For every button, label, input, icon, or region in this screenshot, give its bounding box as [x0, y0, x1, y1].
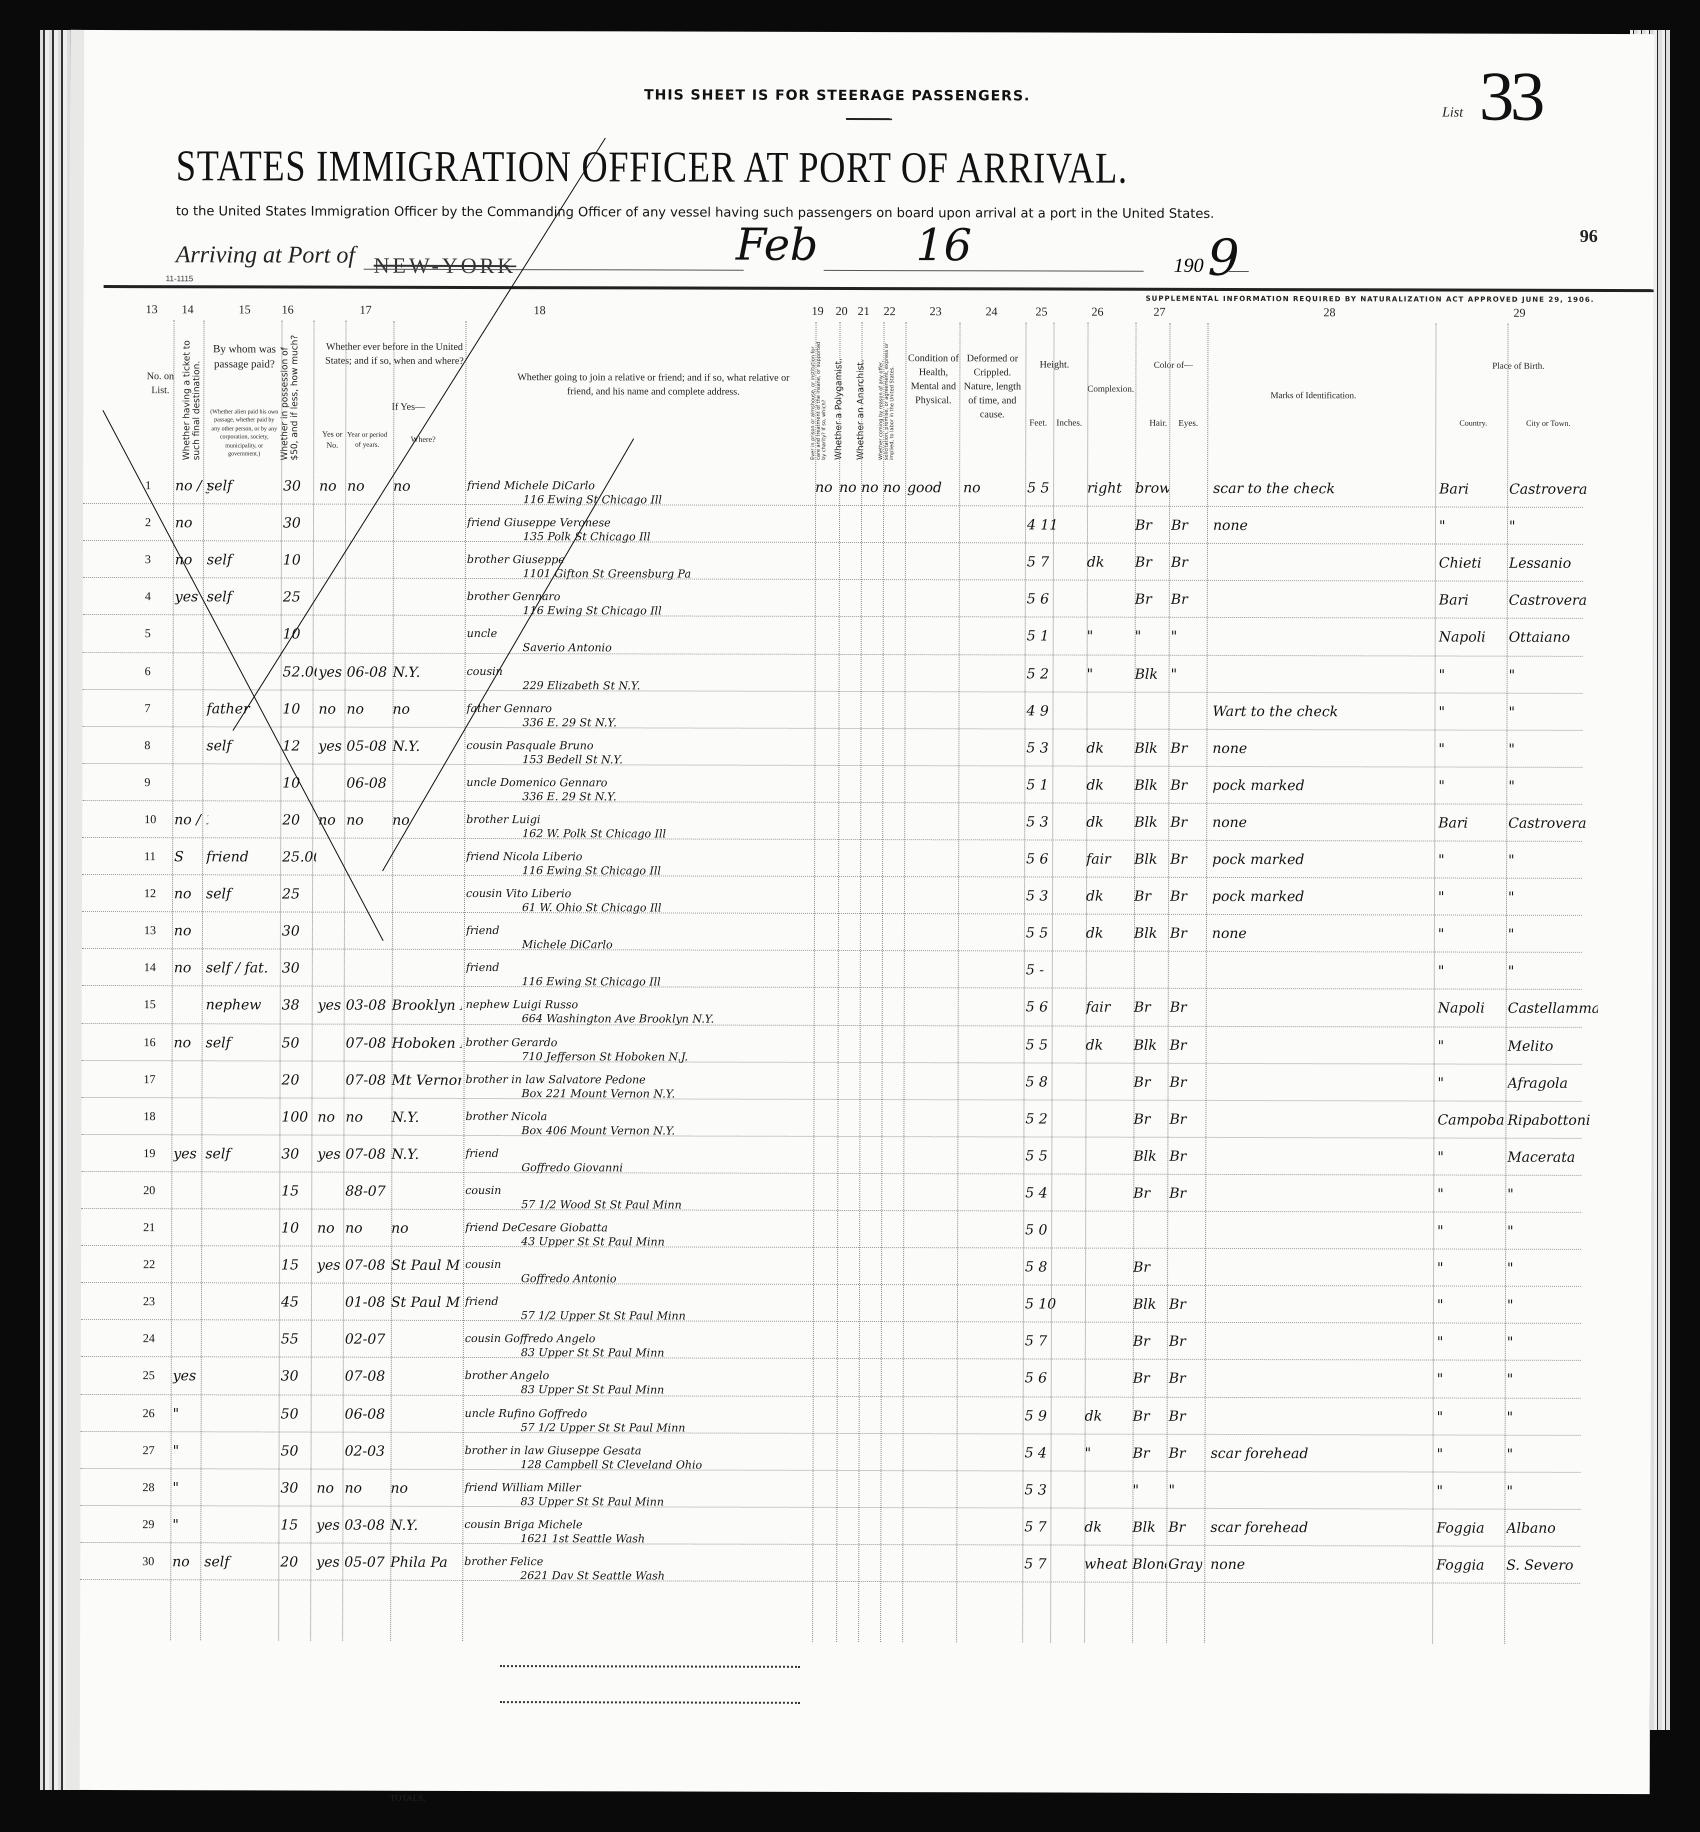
header-year: Year or period of years. [345, 431, 389, 451]
cell-eyes: Br [1169, 1149, 1203, 1165]
cell-money: 50 [282, 1035, 316, 1051]
cell-year: 07-08 [346, 1072, 390, 1088]
cell-country: Napoli [1439, 630, 1505, 646]
cell-address: Michele DiCarlo [522, 938, 812, 952]
header-place-of-birth: Place of Birth. [1443, 360, 1593, 373]
cell-country: Bari [1438, 815, 1504, 831]
cell-address: Saverio Antonio [523, 642, 813, 656]
cell-address: Goffredo Giovanni [521, 1161, 811, 1175]
cell-marks: pock marked [1212, 852, 1432, 869]
list-number: 33 [1479, 58, 1541, 138]
cell-year: 07-08 [345, 1146, 389, 1162]
header-if-yes: If Yes— [353, 401, 463, 415]
cell-money: 10 [283, 701, 317, 717]
cell-eyes: Br [1170, 1000, 1204, 1016]
cell-address: 57 1/2 Upper St St Paul Minn [521, 1421, 811, 1435]
cell-address: 116 Ewing St Chicago Ill [522, 975, 812, 989]
cell-hair: Blk [1134, 740, 1168, 756]
cell-height: 5 4 [1025, 1185, 1081, 1201]
cell-marks: none [1212, 926, 1432, 943]
cell-ticket: no [175, 552, 209, 568]
cell-address: 162 W. Polk St Chicago Ill [522, 827, 812, 841]
cell-height: 5 2 [1025, 1111, 1081, 1127]
cell-no: 29 [142, 1517, 168, 1532]
cell-no: 12 [144, 886, 170, 901]
cell-eyes: Br [1168, 1520, 1202, 1536]
cell-money: 30 [282, 961, 316, 977]
cell-hair: " [1132, 1482, 1166, 1498]
cell-money: 55 [281, 1332, 315, 1348]
passenger-row: 91006-08uncle Domenico Gennaro5 1dkBlkBr… [82, 765, 1582, 806]
cell-height: 5 5 [1026, 926, 1082, 942]
header-money: Whether in possession of $50, and if les… [281, 330, 301, 460]
passenger-row: 245502-07cousin Goffredo Angelo5 7BrBr""… [81, 1321, 1581, 1362]
cell-no: 28 [142, 1480, 168, 1495]
cell-country: " [1437, 1149, 1503, 1165]
cell-complexion: dk [1086, 740, 1132, 756]
cell-city: Melito [1508, 1038, 1598, 1054]
cell-money: 30 [283, 516, 317, 532]
cell-marks [1211, 1260, 1431, 1261]
cell-complexion: right [1087, 481, 1133, 497]
cell-relative: friend Michele DiCarlo [467, 479, 807, 493]
cell-year: no [345, 1109, 389, 1125]
cell-no: 2 [145, 515, 171, 530]
cell-eyes: Br [1171, 592, 1205, 608]
cell-money: 50 [281, 1406, 315, 1422]
cell-no: 13 [144, 923, 170, 938]
cell-marks [1212, 963, 1432, 964]
cell-paid-by: self [206, 738, 276, 754]
cell-ticket: no [172, 1554, 206, 1570]
header-marks: Marks of Identification. [1243, 389, 1383, 402]
cell-year: no [347, 701, 391, 717]
cell-no: 8 [144, 738, 170, 753]
cell-where: Hoboken N.J. [392, 1035, 462, 1051]
cell-hair: Br [1133, 1260, 1167, 1276]
list-label: List [1442, 106, 1463, 122]
cell-relative: brother Giuseppe [467, 553, 807, 567]
cell-before: no [319, 479, 347, 495]
cell-relative: friend DeCesare Giobatta [465, 1221, 805, 1235]
cell-complexion: wheat [1084, 1556, 1130, 1572]
cell-height: 5 6 [1026, 851, 1082, 867]
footer-dotted-line-2 [500, 1701, 800, 1704]
cell-height: 5 1 [1027, 629, 1083, 645]
cell-address: 57 1/2 Upper St St Paul Minn [521, 1309, 811, 1323]
cell-where: N.Y. [391, 1109, 461, 1125]
cell-city: " [1506, 1483, 1596, 1499]
cell-no: 22 [143, 1257, 169, 1272]
cell-year: 02-03 [345, 1443, 389, 1459]
day-line [824, 270, 1144, 272]
cell-no: 15 [144, 998, 170, 1013]
cell-relative: friend [466, 961, 806, 975]
cell-year: 02-07 [345, 1332, 389, 1348]
column-number: 23 [930, 304, 942, 319]
cell-address: 710 Jefferson St Hoboken N.J. [522, 1050, 812, 1064]
cell-address: 1101 Gifton St Greensburg Pa [523, 567, 813, 581]
header-ticket: Whether having a ticket to such final de… [183, 330, 203, 460]
cell-country: Chieti [1439, 556, 1505, 572]
cell-marks [1212, 1075, 1432, 1076]
passenger-row: 2no30friend Giuseppe Veronese4 11BrBrnon… [83, 505, 1583, 546]
cell-ticket: no [174, 923, 208, 939]
cell-ticket: no [174, 1035, 208, 1051]
cell-relative: uncle [467, 627, 807, 641]
cell-year: 03-08 [346, 998, 390, 1014]
cell-city: Afragola [1508, 1075, 1598, 1091]
header-city: City or Town. [1513, 418, 1583, 429]
cell-hair: Br [1133, 1445, 1167, 1461]
cell-no: 16 [144, 1035, 170, 1050]
cell-money: 20 [282, 1072, 316, 1088]
column-number: 14 [182, 302, 194, 317]
passenger-row: 7father10nononofather Gennaro4 9Wart to … [82, 691, 1582, 732]
cell-marks [1211, 1483, 1431, 1484]
cell-hair: brown [1135, 481, 1169, 497]
cell-paid-by: self [207, 552, 277, 568]
cell-city: " [1507, 1224, 1597, 1240]
cell-relative: cousin Pasquale Bruno [466, 739, 806, 753]
cell-height: 5 2 [1027, 666, 1083, 682]
column-number: 29 [1514, 306, 1526, 321]
header-color-of: Color of— [1133, 359, 1213, 372]
passenger-row: 14noself / fat.30friend5 -""116 Ewing St… [82, 950, 1582, 991]
cell-relative: brother Felice [464, 1555, 804, 1569]
cell-relative: friend [466, 924, 806, 938]
cell-address: 1621 1st Seattle Wash [520, 1532, 810, 1546]
cell-no: 14 [144, 960, 170, 975]
header-yes-no: Yes or No. [319, 429, 345, 451]
cell-hair: Blk [1134, 852, 1168, 868]
cell-country: " [1437, 1446, 1503, 1462]
cell-before: yes [318, 998, 346, 1014]
cell-where: no [393, 479, 463, 495]
passenger-row: 28"30nononofriend William Miller5 3""""8… [80, 1470, 1580, 1511]
cell-city: " [1508, 853, 1598, 869]
cell-marks [1213, 629, 1433, 630]
notice-rule [846, 118, 892, 120]
cell-year: 06-08 [346, 775, 390, 791]
cell-where: no [391, 1221, 461, 1237]
cell-country: " [1438, 1075, 1504, 1091]
cell-where: N.Y. [391, 1147, 461, 1163]
cell-relative: cousin [465, 1184, 805, 1198]
cell-city: " [1507, 1187, 1597, 1203]
cell-height: 5 0 [1025, 1222, 1081, 1238]
cell-where: no [392, 813, 462, 829]
cell-year: 06-08 [347, 664, 391, 680]
cell-money: 25 [283, 590, 317, 606]
cell-money: 30 [283, 478, 317, 494]
cell-money: 15 [280, 1517, 314, 1533]
cell-year: 07-08 [346, 1035, 390, 1051]
cell-complexion: dk [1086, 777, 1132, 793]
cell-address: Box 406 Mount Vernon N.Y. [521, 1124, 811, 1138]
cell-no: 4 [145, 589, 171, 604]
cell-height: 4 9 [1027, 703, 1083, 719]
page-number: 96 [1580, 226, 1598, 247]
cell-year: 06-08 [345, 1406, 389, 1422]
cell-no: 30 [142, 1554, 168, 1569]
cell-year: 05-07 [344, 1555, 388, 1571]
cell-relative: nephew Luigi Russo [466, 998, 806, 1012]
cell-city: Albano [1506, 1520, 1596, 1536]
cell-city: Ottaiano [1509, 630, 1599, 646]
cell-eyes: Br [1170, 852, 1204, 868]
cell-country: " [1438, 853, 1504, 869]
cell-where: N.Y. [390, 1518, 460, 1534]
cell-year: 88-07 [345, 1184, 389, 1200]
cell-ticket: yes [175, 590, 209, 606]
header-deformed: Deformed or Crippled. Nature, length of … [959, 352, 1025, 422]
cell-eyes: Br [1170, 815, 1204, 831]
header-complexion: Complexion. [1087, 383, 1127, 396]
cell-complexion: " [1087, 629, 1133, 645]
cell-height: 5 3 [1026, 814, 1082, 830]
cell-address: 2621 Dav St Seattle Wash [520, 1569, 810, 1583]
cell-where: N.Y. [393, 664, 463, 680]
cell-marks [1211, 1408, 1431, 1409]
cell-height: 5 9 [1025, 1408, 1081, 1424]
cell-country: " [1437, 1186, 1503, 1202]
footer-dotted-line-1 [500, 1665, 800, 1668]
cell-hair: Blk [1132, 1520, 1166, 1536]
cell-city: " [1508, 890, 1598, 906]
cell-city: " [1507, 1335, 1597, 1351]
cell-money: 30 [281, 1369, 315, 1385]
cell-city: " [1507, 1261, 1597, 1277]
cell-country: " [1438, 778, 1504, 794]
cell-ticket: yes [173, 1369, 207, 1385]
cell-prison: no [815, 480, 837, 496]
cell-city: " [1507, 1446, 1597, 1462]
cell-hair: Blk [1134, 778, 1168, 794]
cell-eyes: Br [1170, 778, 1204, 794]
cell-city: " [1508, 778, 1598, 794]
cell-eyes: Br [1169, 1371, 1203, 1387]
cell-address: 83 Upper St St Paul Minn [521, 1384, 811, 1398]
cell-ticket: no [174, 886, 208, 902]
cell-marks [1211, 1297, 1431, 1298]
passenger-row: 10no / 15020nononobrother Luigi5 3dkBlkB… [82, 802, 1582, 843]
cell-city: Castrovera [1509, 482, 1599, 498]
passenger-row: 27"5002-03brother in law Giuseppe Gesata… [81, 1433, 1581, 1474]
manifest-grid [84, 30, 1654, 34]
cell-city: " [1509, 667, 1599, 683]
cell-eyes: Br [1169, 1334, 1203, 1350]
passenger-row: 1no / yesself30nononofriend Michele DiCa… [83, 468, 1583, 509]
cell-eyes: Br [1170, 740, 1204, 756]
passenger-row: 25yes3007-08brother Angelo5 6BrBr""83 Up… [81, 1358, 1581, 1399]
cell-height: 4 11 [1027, 518, 1083, 534]
cell-relative: friend William Miller [464, 1481, 804, 1495]
cell-no: 6 [145, 664, 171, 679]
supplemental-banner: SUPPLEMENTAL INFORMATION REQUIRED BY NAT… [1146, 295, 1595, 304]
cell-hair: Blk [1133, 1297, 1167, 1313]
totals-label: TOTALS. [390, 1793, 426, 1803]
cell-height: 5 7 [1024, 1519, 1080, 1535]
cell-city: Castellammare [1508, 1001, 1598, 1017]
cell-marks [1212, 1037, 1432, 1038]
cell-country: " [1436, 1483, 1502, 1499]
cell-city: S. Severo [1506, 1558, 1596, 1574]
passenger-row: 19yesself30yes07-08N.Y.friend5 5BlkBr"Ma… [81, 1136, 1581, 1177]
cell-marks [1213, 555, 1433, 556]
cell-country: Bari [1439, 593, 1505, 609]
cell-relative: uncle Domenico Gennaro [466, 776, 806, 790]
cell-marks: scar forehead [1211, 1446, 1431, 1463]
cell-relative: uncle Rufino Goffredo [465, 1406, 805, 1420]
passenger-row: 11Sfriend25.00friend Nicola Liberio5 6fa… [82, 839, 1582, 880]
cell-hair: Br [1134, 889, 1168, 905]
cell-year: 07-08 [345, 1369, 389, 1385]
cell-marks: none [1212, 815, 1432, 832]
cell-money: 20 [282, 812, 316, 828]
cell-ticket: " [173, 1443, 207, 1459]
column-number: 22 [884, 304, 896, 319]
cell-before: yes [318, 738, 346, 754]
cell-paid-by: friend [206, 849, 276, 865]
cell-relative: friend [465, 1147, 805, 1161]
header-inches: Inches. [1051, 416, 1087, 429]
cell-country: Foggia [1436, 1557, 1502, 1573]
cell-address: 57 1/2 Wood St St Paul Minn [521, 1198, 811, 1212]
cell-before: yes [319, 664, 347, 680]
cell-no: 21 [143, 1220, 169, 1235]
cell-height: 5 4 [1025, 1445, 1081, 1461]
header-rule [104, 285, 1654, 292]
cell-before: no [318, 812, 346, 828]
cell-ticket: " [172, 1480, 206, 1496]
cell-paid-by: self [204, 1554, 274, 1570]
cell-city: " [1509, 704, 1599, 720]
cell-money: 100 [281, 1109, 315, 1125]
cell-city: " [1508, 741, 1598, 757]
cell-ticket: no [175, 515, 209, 531]
cell-relative: brother Gennaro [467, 590, 807, 604]
passenger-row: 12noself25cousin Vito Liberio5 3dkBrBrpo… [82, 876, 1582, 917]
cell-money: 10 [282, 775, 316, 791]
cell-address: 336 E. 29 St N.Y. [522, 790, 812, 804]
cell-height: 5 8 [1025, 1260, 1081, 1276]
header-contract-labor: Whether coming by reason of any offer, s… [879, 340, 896, 460]
cell-city: Lessanio [1509, 556, 1599, 572]
cell-year: 03-08 [344, 1517, 388, 1533]
cell-year: 07-08 [345, 1258, 389, 1274]
cell-country: " [1439, 704, 1505, 720]
cell-no: 5 [145, 627, 171, 642]
cell-complexion: dk [1086, 889, 1132, 905]
cell-no: 26 [143, 1406, 169, 1421]
column-numbers: 1314151617181920212223242526272829 [84, 30, 1654, 34]
cell-eyes: Br [1170, 926, 1204, 942]
cell-city: " [1508, 927, 1598, 943]
cell-money: 45 [281, 1295, 315, 1311]
cell-height: 5 - [1026, 963, 1082, 979]
cell-city: Castrovera [1508, 816, 1598, 832]
cell-relative: friend [465, 1295, 805, 1309]
cell-no: 20 [143, 1183, 169, 1198]
cell-height: 5 5 [1026, 1037, 1082, 1053]
cell-marks [1212, 1000, 1432, 1001]
cell-money: 25 [282, 887, 316, 903]
cell-no: 11 [144, 849, 170, 864]
cell-relative: brother Gerardo [466, 1035, 806, 1049]
cell-where: no [390, 1480, 460, 1496]
cell-before: no [317, 1221, 345, 1237]
cell-hair: " [1135, 629, 1169, 645]
cell-relative: cousin Goffredo Angelo [465, 1332, 805, 1346]
cell-money: 52.00 [283, 664, 317, 680]
cell-marks: scar forehead [1210, 1520, 1430, 1537]
cell-address: Box 221 Mount Vernon N.Y. [522, 1087, 812, 1101]
cell-address: 43 Upper St St Paul Minn [521, 1235, 811, 1249]
arrival-day: 16 [916, 220, 972, 271]
cell-no: 10 [144, 812, 170, 827]
cell-country: " [1437, 1409, 1503, 1425]
cell-money: 20 [280, 1554, 314, 1570]
cell-relative: cousin Briga Michele [464, 1518, 804, 1532]
cell-address: 116 Ewing St Chicago Ill [523, 604, 813, 618]
form-code: 11-1115 [166, 274, 194, 283]
cell-height: 5 5 [1027, 480, 1083, 496]
cell-before: yes [317, 1146, 345, 1162]
cell-eyes: Gray [1168, 1557, 1202, 1573]
cell-city: " [1509, 519, 1599, 535]
cell-address: Goffredo Antonio [521, 1272, 811, 1286]
cell-paid-by: father [207, 701, 277, 717]
arrival-year-suffix: 9 [1208, 229, 1240, 287]
cell-hair: Blk [1134, 815, 1168, 831]
passenger-row: 30noself20yes05-07Phila Pabrother Felice… [80, 1544, 1580, 1585]
column-number: 13 [146, 302, 158, 317]
arrival-month: Feb [736, 220, 818, 271]
header-eyes: Eyes. [1173, 417, 1203, 430]
cell-no: 3 [145, 552, 171, 567]
cell-marks: none [1210, 1557, 1430, 1574]
cell-relative: brother Luigi [466, 813, 806, 827]
cell-eyes: " [1168, 1482, 1202, 1498]
cell-address: 229 Elizabeth St N.Y. [523, 679, 813, 693]
cell-complexion: fair [1086, 1000, 1132, 1016]
cell-deformed: no [963, 480, 1023, 496]
cell-where: St Paul Minn [391, 1295, 461, 1311]
cell-relative: friend Giuseppe Veronese [467, 516, 807, 530]
passenger-row: 13no30friend5 5dkBlkBrnone""Michele DiCa… [82, 913, 1582, 954]
cell-money: 12 [282, 738, 316, 754]
cell-height: 5 6 [1026, 1000, 1082, 1016]
cell-complexion: dk [1085, 1408, 1131, 1424]
cell-hair: Br [1135, 555, 1169, 571]
cell-marks: Wart to the check [1213, 704, 1433, 721]
cell-relative: brother Nicola [465, 1110, 805, 1124]
cell-no: 7 [145, 701, 171, 716]
header-health: Condition of Health, Mental and Physical… [905, 352, 961, 408]
cell-country: Campobasso [1437, 1112, 1503, 1128]
cell-paid-by: self [207, 478, 277, 494]
header-where: Where? [393, 434, 453, 445]
cell-ticket: no [174, 961, 208, 977]
cell-money: 50 [281, 1443, 315, 1459]
page-title: STATES IMMIGRATION OFFICER AT PORT OF AR… [176, 140, 1128, 193]
column-number: 25 [1036, 304, 1048, 319]
cell-city: Macerata [1507, 1149, 1597, 1165]
cell-country: Bari [1439, 482, 1505, 498]
cell-marks [1211, 1223, 1431, 1224]
cell-money: 10 [281, 1220, 315, 1236]
